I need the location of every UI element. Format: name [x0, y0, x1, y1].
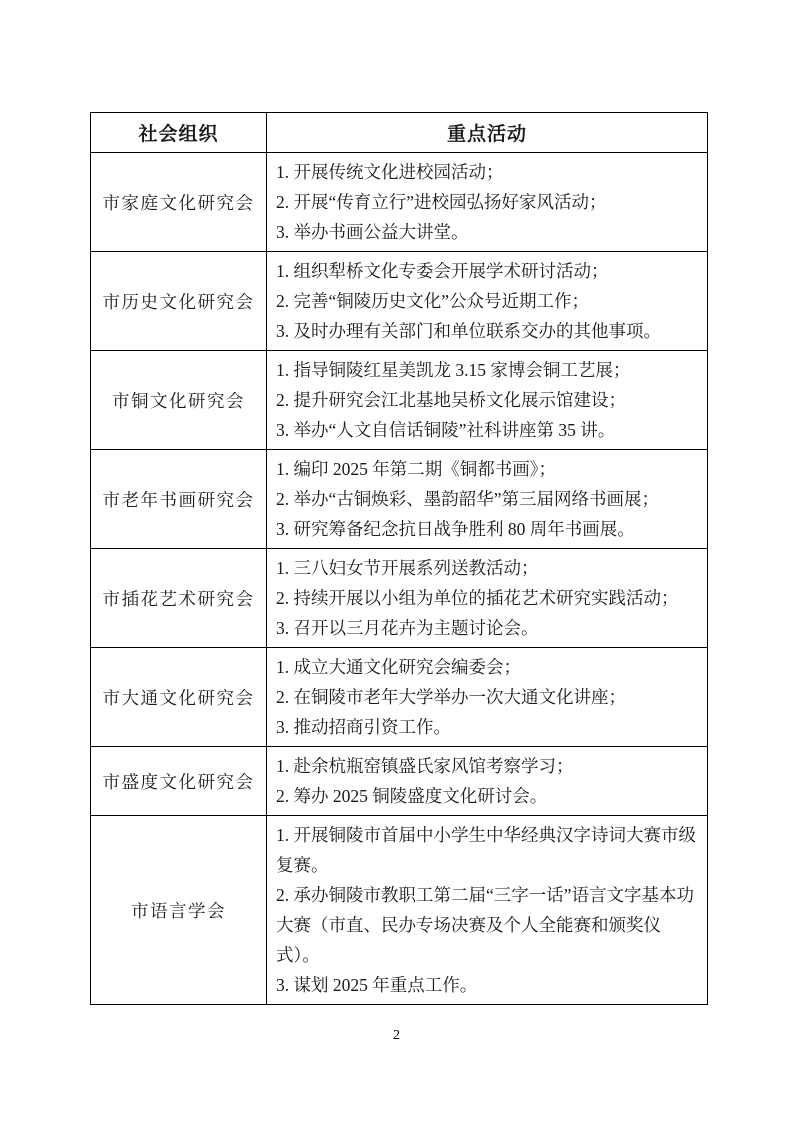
page-number: 2 [0, 1028, 793, 1044]
activity-item: 3. 召开以三月花卉为主题讨论会。 [276, 613, 701, 643]
activity-item: 3. 谋划 2025 年重点工作。 [276, 970, 701, 1000]
table-row: 市铜文化研究会1. 指导铜陵红星美凯龙 3.15 家博会铜工艺展；2. 提升研究… [91, 351, 708, 450]
table-row: 市大通文化研究会1. 成立大通文化研究会编委会；2. 在铜陵市老年大学举办一次大… [91, 648, 708, 747]
table-header-row: 社会组织 重点活动 [91, 113, 708, 153]
table-row: 市盛度文化研究会1. 赴余杭瓶窑镇盛氏家风馆考察学习；2. 筹办 2025 铜陵… [91, 747, 708, 816]
organization-name: 市老年书画研究会 [91, 450, 267, 549]
organization-name: 市历史文化研究会 [91, 252, 267, 351]
table-row: 市老年书画研究会1. 编印 2025 年第二期《铜都书画》；2. 举办“古铜焕彩… [91, 450, 708, 549]
header-key-activities: 重点活动 [267, 113, 708, 153]
organization-name: 市盛度文化研究会 [91, 747, 267, 816]
activity-item: 1. 编印 2025 年第二期《铜都书画》； [276, 454, 701, 484]
activity-item: 2. 完善“铜陵历史文化”公众号近期工作； [276, 286, 701, 316]
activities-cell: 1. 三八妇女节开展系列送教活动；2. 持续开展以小组为单位的插花艺术研究实践活… [267, 549, 708, 648]
organization-name: 市语言学会 [91, 816, 267, 1005]
activity-item: 2. 在铜陵市老年大学举办一次大通文化讲座； [276, 682, 701, 712]
activity-item: 3. 举办“人文自信话铜陵”社科讲座第 35 讲。 [276, 415, 701, 445]
activity-item: 2. 持续开展以小组为单位的插花艺术研究实践活动； [276, 583, 701, 613]
activity-item: 1. 指导铜陵红星美凯龙 3.15 家博会铜工艺展； [276, 355, 701, 385]
activities-cell: 1. 组织犁桥文化专委会开展学术研讨活动；2. 完善“铜陵历史文化”公众号近期工… [267, 252, 708, 351]
activity-item: 2. 筹办 2025 铜陵盛度文化研讨会。 [276, 781, 701, 811]
activity-item: 1. 三八妇女节开展系列送教活动； [276, 553, 701, 583]
activities-cell: 1. 指导铜陵红星美凯龙 3.15 家博会铜工艺展；2. 提升研究会江北基地吴桥… [267, 351, 708, 450]
activities-cell: 1. 赴余杭瓶窑镇盛氏家风馆考察学习；2. 筹办 2025 铜陵盛度文化研讨会。 [267, 747, 708, 816]
activity-item: 3. 研究筹备纪念抗日战争胜利 80 周年书画展。 [276, 514, 701, 544]
activities-cell: 1. 编印 2025 年第二期《铜都书画》；2. 举办“古铜焕彩、墨韵韶华”第三… [267, 450, 708, 549]
activities-table: 社会组织 重点活动 市家庭文化研究会1. 开展传统文化进校园活动；2. 开展“传… [90, 112, 708, 1005]
activities-cell: 1. 开展铜陵市首届中小学生中华经典汉字诗词大赛市级复赛。2. 承办铜陵市教职工… [267, 816, 708, 1005]
activity-item: 3. 推动招商引资工作。 [276, 712, 701, 742]
activities-cell: 1. 开展传统文化进校园活动；2. 开展“传育立行”进校园弘扬好家风活动；3. … [267, 153, 708, 252]
organization-name: 市铜文化研究会 [91, 351, 267, 450]
activity-item: 1. 赴余杭瓶窑镇盛氏家风馆考察学习； [276, 751, 701, 781]
activity-item: 2. 开展“传育立行”进校园弘扬好家风活动； [276, 187, 701, 217]
activity-item: 1. 成立大通文化研究会编委会； [276, 652, 701, 682]
organization-name: 市家庭文化研究会 [91, 153, 267, 252]
table-row: 市历史文化研究会1. 组织犁桥文化专委会开展学术研讨活动；2. 完善“铜陵历史文… [91, 252, 708, 351]
organization-name: 市插花艺术研究会 [91, 549, 267, 648]
activity-item: 3. 及时办理有关部门和单位联系交办的其他事项。 [276, 316, 701, 346]
activity-item: 1. 开展传统文化进校园活动； [276, 157, 701, 187]
activity-item: 3. 举办书画公益大讲堂。 [276, 217, 701, 247]
table-row: 市语言学会1. 开展铜陵市首届中小学生中华经典汉字诗词大赛市级复赛。2. 承办铜… [91, 816, 708, 1005]
activity-item: 1. 开展铜陵市首届中小学生中华经典汉字诗词大赛市级复赛。 [276, 820, 701, 880]
table-row: 市插花艺术研究会1. 三八妇女节开展系列送教活动；2. 持续开展以小组为单位的插… [91, 549, 708, 648]
activities-cell: 1. 成立大通文化研究会编委会；2. 在铜陵市老年大学举办一次大通文化讲座；3.… [267, 648, 708, 747]
activity-item: 2. 举办“古铜焕彩、墨韵韶华”第三届网络书画展； [276, 484, 701, 514]
document-page: 社会组织 重点活动 市家庭文化研究会1. 开展传统文化进校园活动；2. 开展“传… [0, 0, 793, 1122]
organization-name: 市大通文化研究会 [91, 648, 267, 747]
header-social-organization: 社会组织 [91, 113, 267, 153]
activity-item: 2. 提升研究会江北基地吴桥文化展示馆建设； [276, 385, 701, 415]
activity-item: 2. 承办铜陵市教职工第二届“三字一话”语言文字基本功大赛（市直、民办专场决赛及… [276, 880, 701, 970]
activity-item: 1. 组织犁桥文化专委会开展学术研讨活动； [276, 256, 701, 286]
table-row: 市家庭文化研究会1. 开展传统文化进校园活动；2. 开展“传育立行”进校园弘扬好… [91, 153, 708, 252]
